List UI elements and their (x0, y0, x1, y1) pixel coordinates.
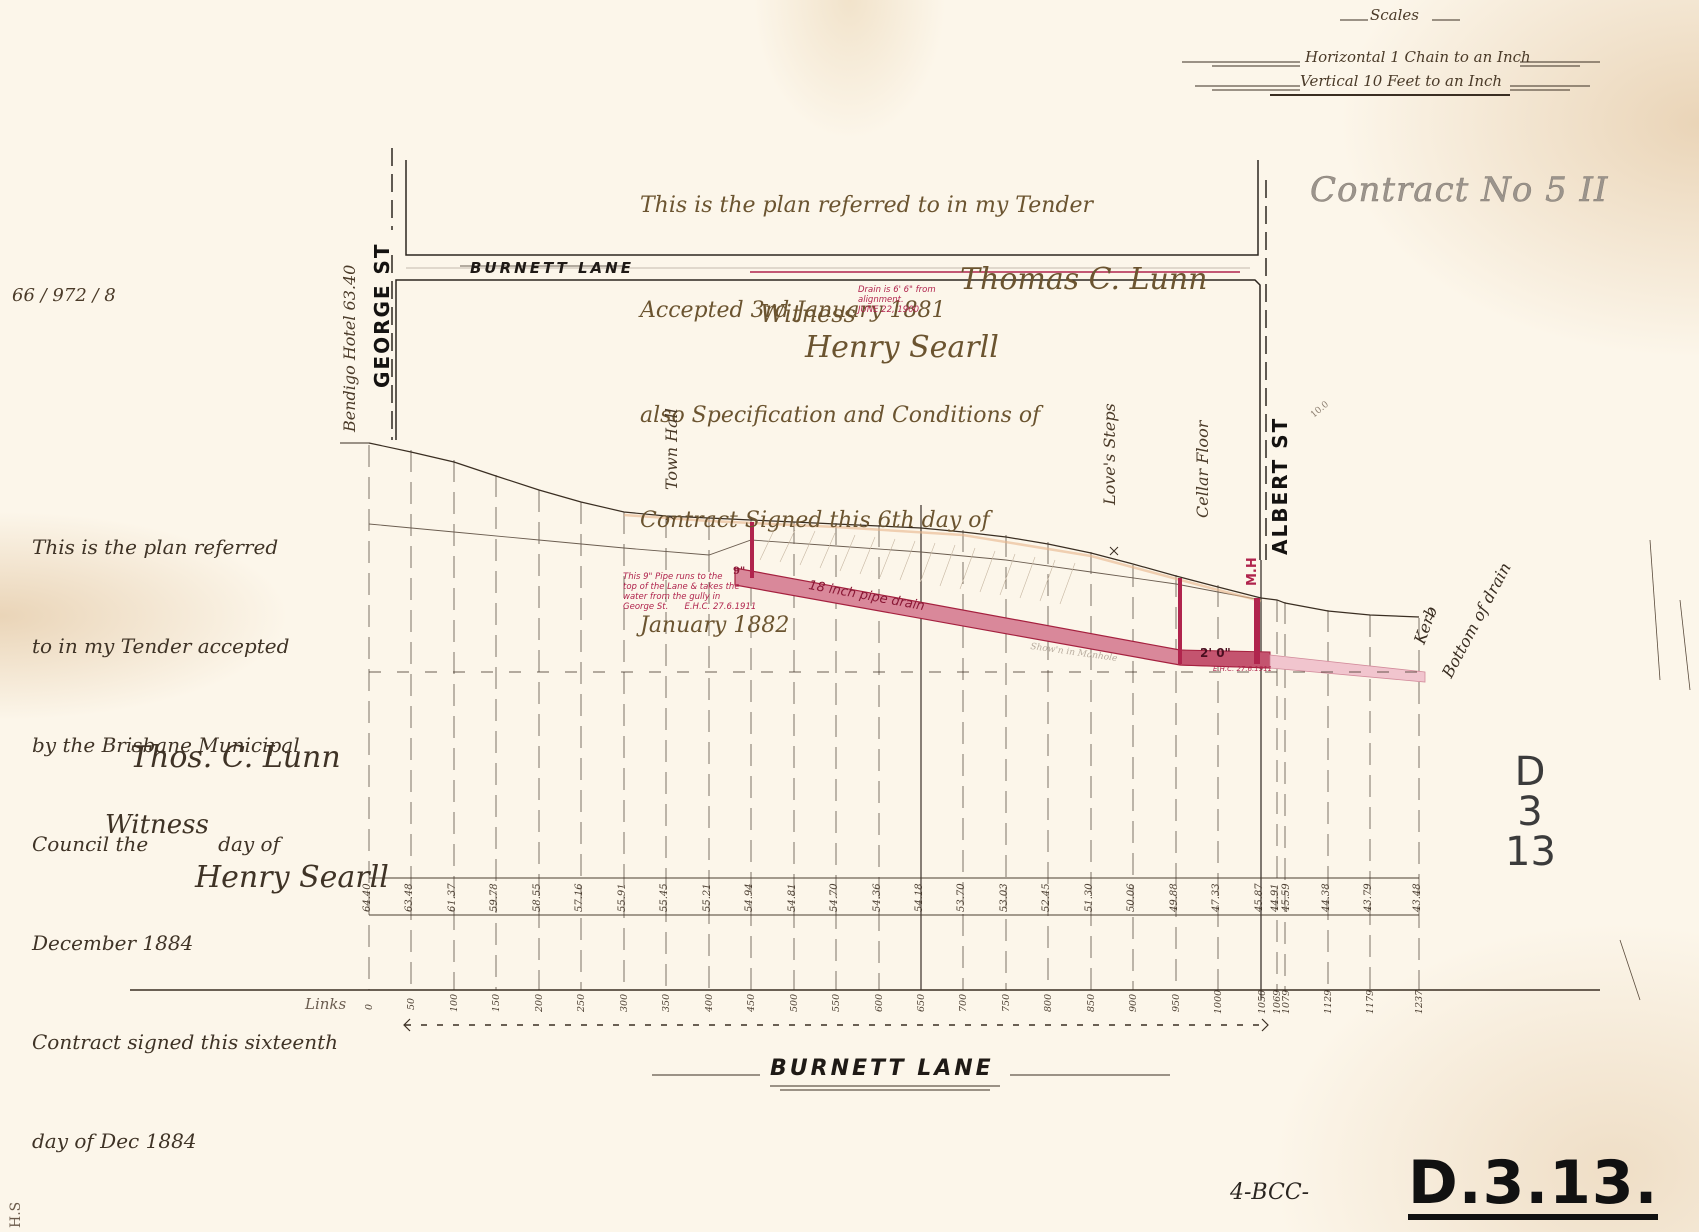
vertical-scale: Vertical 10 Feet to an Inch (1300, 72, 1502, 90)
chainage-value: 650 (916, 994, 927, 1012)
loves-steps-label: Love's Steps (1100, 403, 1119, 505)
elevation-value: 58.55 (532, 883, 543, 912)
chainage-value: 1000 (1213, 990, 1224, 1014)
drain-size-label: 2' 0" (1200, 646, 1231, 660)
elevation-value: 52.45 (1041, 883, 1052, 912)
tender-left-line: This is the plan referred (32, 531, 338, 564)
elevation-value: 64.40 (362, 883, 373, 912)
stamp-line: D (1505, 752, 1555, 792)
elevation-value: 55.45 (659, 883, 670, 912)
chainage-value: 500 (789, 994, 800, 1012)
tender-left-line: to in my Tender accepted (32, 630, 338, 663)
elevation-value: 53.70 (956, 883, 967, 912)
elevation-value: 50.06 (1126, 883, 1137, 912)
witness-signature-left: Henry Searll (195, 860, 389, 895)
chainage-value: 350 (661, 994, 672, 1012)
reference-code: D.3.13. (1408, 1152, 1658, 1220)
stamp-line: 3 (1505, 792, 1555, 832)
elevation-value: 43.48 (1412, 883, 1423, 912)
chainage-value: 300 (619, 994, 630, 1012)
elevation-value: 61.37 (447, 883, 458, 912)
chainage-value: 850 (1086, 994, 1097, 1012)
chainage-value: 900 (1128, 994, 1139, 1012)
chainage-value: 0 (364, 1004, 375, 1010)
elevation-value: 51.30 (1084, 883, 1095, 912)
chainage-value: 800 (1043, 994, 1054, 1012)
side-marks: 66 / 972 / 8 (12, 285, 116, 306)
witness-label-left: Witness (105, 810, 209, 840)
chainage-value: 1079 (1281, 990, 1292, 1014)
elevation-value: 54.18 (914, 883, 925, 912)
burnett-lane-bottom-label: BURNETT LANE (770, 1056, 994, 1081)
margin-note: H.S (8, 1202, 24, 1228)
chainage-value: 550 (831, 994, 842, 1012)
town-hall-label: Town Hall (662, 408, 681, 490)
manhole-label: M.H (1245, 557, 1260, 586)
tender-top-line: This is the plan referred to in my Tende… (640, 188, 1093, 223)
burnett-lane-top-label: BURNETT LANE (470, 259, 634, 277)
tender-top-line: Contract Signed this 6th day of (640, 503, 1093, 538)
chainage-value: 450 (746, 994, 757, 1012)
elevation-value: 54.70 (829, 883, 840, 912)
chainage-value: 100 (449, 994, 460, 1012)
scales-title: Scales (1370, 6, 1419, 24)
elevation-value: 47.33 (1211, 883, 1222, 912)
chainage-value: 1129 (1323, 990, 1334, 1014)
chainage-value: 1179 (1365, 990, 1376, 1014)
elevation-value: 57.16 (574, 883, 585, 912)
elevation-value: 63.48 (404, 883, 415, 912)
witness-label-top: Witness (760, 300, 856, 328)
tender-left-line: December 1884 (32, 927, 338, 960)
signature-top: Thomas C. Lunn (960, 262, 1208, 297)
chainage-value: 950 (1171, 994, 1182, 1012)
horizontal-scale: Horizontal 1 Chain to an Inch (1305, 48, 1531, 66)
tender-top-line: January 1882 (640, 608, 1093, 643)
witness-signature-top: Henry Searll (805, 330, 999, 365)
links-label: Links (305, 995, 346, 1013)
elevation-value: 59.78 (489, 883, 500, 912)
elevation-value: 54.81 (787, 883, 798, 912)
note-drain-offset: Drain is 6' 6" from alignment. JUNE 22, … (858, 285, 936, 315)
tender-top-line: also Specification and Conditions of (640, 398, 1093, 433)
chainage-value: 1050 (1257, 990, 1268, 1014)
chainage-value: 600 (874, 994, 885, 1012)
tender-left-line: Contract signed this sixteenth (32, 1026, 338, 1059)
note-ehc-right: E.H.C. 27.6.1911 (1213, 664, 1272, 674)
elevation-value: 54.36 (872, 883, 883, 912)
chainage-value: 750 (1001, 994, 1012, 1012)
elevation-value: 44.38 (1321, 883, 1332, 912)
elevation-value: 55.91 (617, 883, 628, 912)
george-st-label: GEORGE ST (370, 242, 394, 388)
reference-prefix: 4-BCC- (1230, 1180, 1309, 1205)
chainage-value: 50 (406, 998, 417, 1010)
chainage-value: 150 (491, 994, 502, 1012)
elevation-value: 45.87 (1254, 883, 1265, 912)
chainage-value: 250 (576, 994, 587, 1012)
elevation-value: 55.21 (702, 883, 713, 912)
elevation-value: 44.91 (1270, 883, 1281, 912)
elevation-value: 43.79 (1363, 883, 1374, 912)
elevation-value: 45.59 (1281, 883, 1292, 912)
albert-st-label: ALBERT ST (1268, 417, 1292, 555)
chainage-value: 200 (534, 994, 545, 1012)
signature-left: Thos. C. Lunn (130, 740, 341, 775)
chainage-value: 700 (958, 994, 969, 1012)
elevation-value: 54.94 (744, 883, 755, 912)
elevation-value: 53.03 (999, 883, 1010, 912)
chainage-value: 400 (704, 994, 715, 1012)
plan-stamp: D 3 13 (1505, 752, 1555, 872)
chainage-value: 1237 (1414, 990, 1425, 1014)
stamp-line: 13 (1505, 832, 1555, 872)
bendigo-hotel-label: Bendigo Hotel 63.40 (340, 265, 359, 432)
note-9in-pipe: This 9" Pipe runs to the top of the Lane… (623, 572, 756, 612)
tender-left-line: day of Dec 1884 (32, 1125, 338, 1158)
contract-number: Contract No 5 II (1310, 170, 1608, 210)
cellar-floor-label: Cellar Floor (1193, 421, 1212, 518)
elevation-value: 49.88 (1169, 883, 1180, 912)
